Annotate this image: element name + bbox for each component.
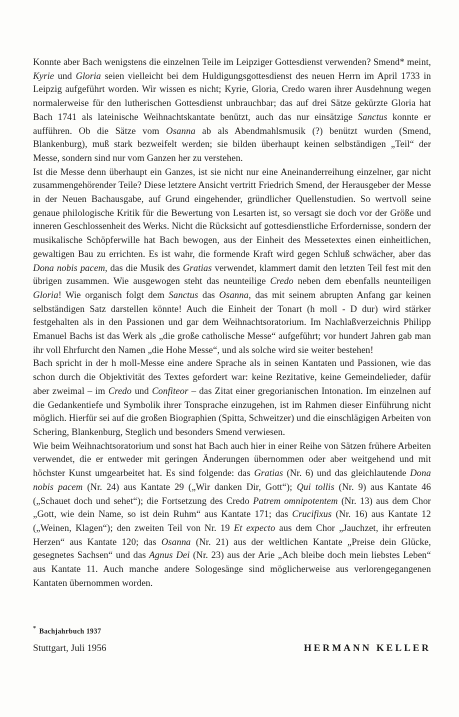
italic-term: Gloria bbox=[33, 291, 58, 301]
italic-term: Osanna bbox=[219, 291, 248, 301]
italic-term: Qui tollis bbox=[297, 483, 335, 493]
italic-term: Kyrie bbox=[33, 72, 54, 82]
footnote-text: Bachjahrbuch 1937 bbox=[39, 627, 101, 635]
italic-term: Credo bbox=[270, 277, 293, 287]
italic-term: Gratias bbox=[254, 469, 283, 479]
text-run: und bbox=[132, 387, 152, 397]
text-run: Ist die Messe denn überhaupt ein Ganzes,… bbox=[33, 168, 431, 260]
text-run: , das die Musik des bbox=[105, 264, 183, 274]
text-run: Konnte aber Bach wenigstens die einzelne… bbox=[33, 58, 431, 68]
page-footer: Stuttgart, Juli 1956 HERMANN KELLER bbox=[33, 643, 431, 654]
author-name: HERMANN KELLER bbox=[304, 643, 431, 654]
italic-term: Osanna bbox=[161, 538, 190, 548]
italic-term: Gloria bbox=[76, 72, 101, 82]
italic-term: Credo bbox=[108, 387, 131, 397]
italic-term: Agnus Dei bbox=[149, 551, 190, 561]
italic-term: Gratias bbox=[183, 264, 212, 274]
footnote-marker: * bbox=[33, 626, 36, 632]
italic-term: Et expecto bbox=[234, 524, 275, 534]
text-run: ! Wie organisch folgt dem bbox=[58, 291, 168, 301]
italic-term: Sanctus bbox=[358, 113, 388, 123]
paragraph: Konnte aber Bach wenigstens die einzelne… bbox=[33, 57, 431, 167]
italic-term: Dona nobis pacem bbox=[33, 264, 105, 274]
paragraph: Wie beim Weihnachtsoratorium und sonst h… bbox=[33, 441, 431, 592]
italic-term: Confiteor bbox=[152, 387, 188, 397]
paragraph: Bach spricht in der h moll-Messe eine an… bbox=[33, 358, 431, 440]
book-page: Konnte aber Bach wenigstens die einzelne… bbox=[0, 0, 459, 717]
paragraph: Ist die Messe denn überhaupt ein Ganzes,… bbox=[33, 167, 431, 359]
text-run: (Nr. 24) aus Kantate 29 („Wir danken Dir… bbox=[83, 483, 297, 493]
footnote: *Bachjahrbuch 1937 bbox=[33, 626, 101, 635]
italic-term: Patrem omnipotentem bbox=[253, 497, 338, 507]
italic-term: Sanctus bbox=[169, 291, 199, 301]
italic-term: Osanna bbox=[166, 127, 195, 137]
italic-term: Crucifixus bbox=[292, 510, 332, 520]
text-run: und bbox=[54, 72, 76, 82]
text-run: neben dem ebenfalls neunteiligen bbox=[293, 277, 431, 287]
text-block: Konnte aber Bach wenigstens die einzelne… bbox=[33, 57, 431, 591]
text-run: (Nr. 6) und das gleichlautende bbox=[283, 469, 410, 479]
place-date: Stuttgart, Juli 1956 bbox=[33, 643, 106, 654]
text-run: das bbox=[198, 291, 219, 301]
